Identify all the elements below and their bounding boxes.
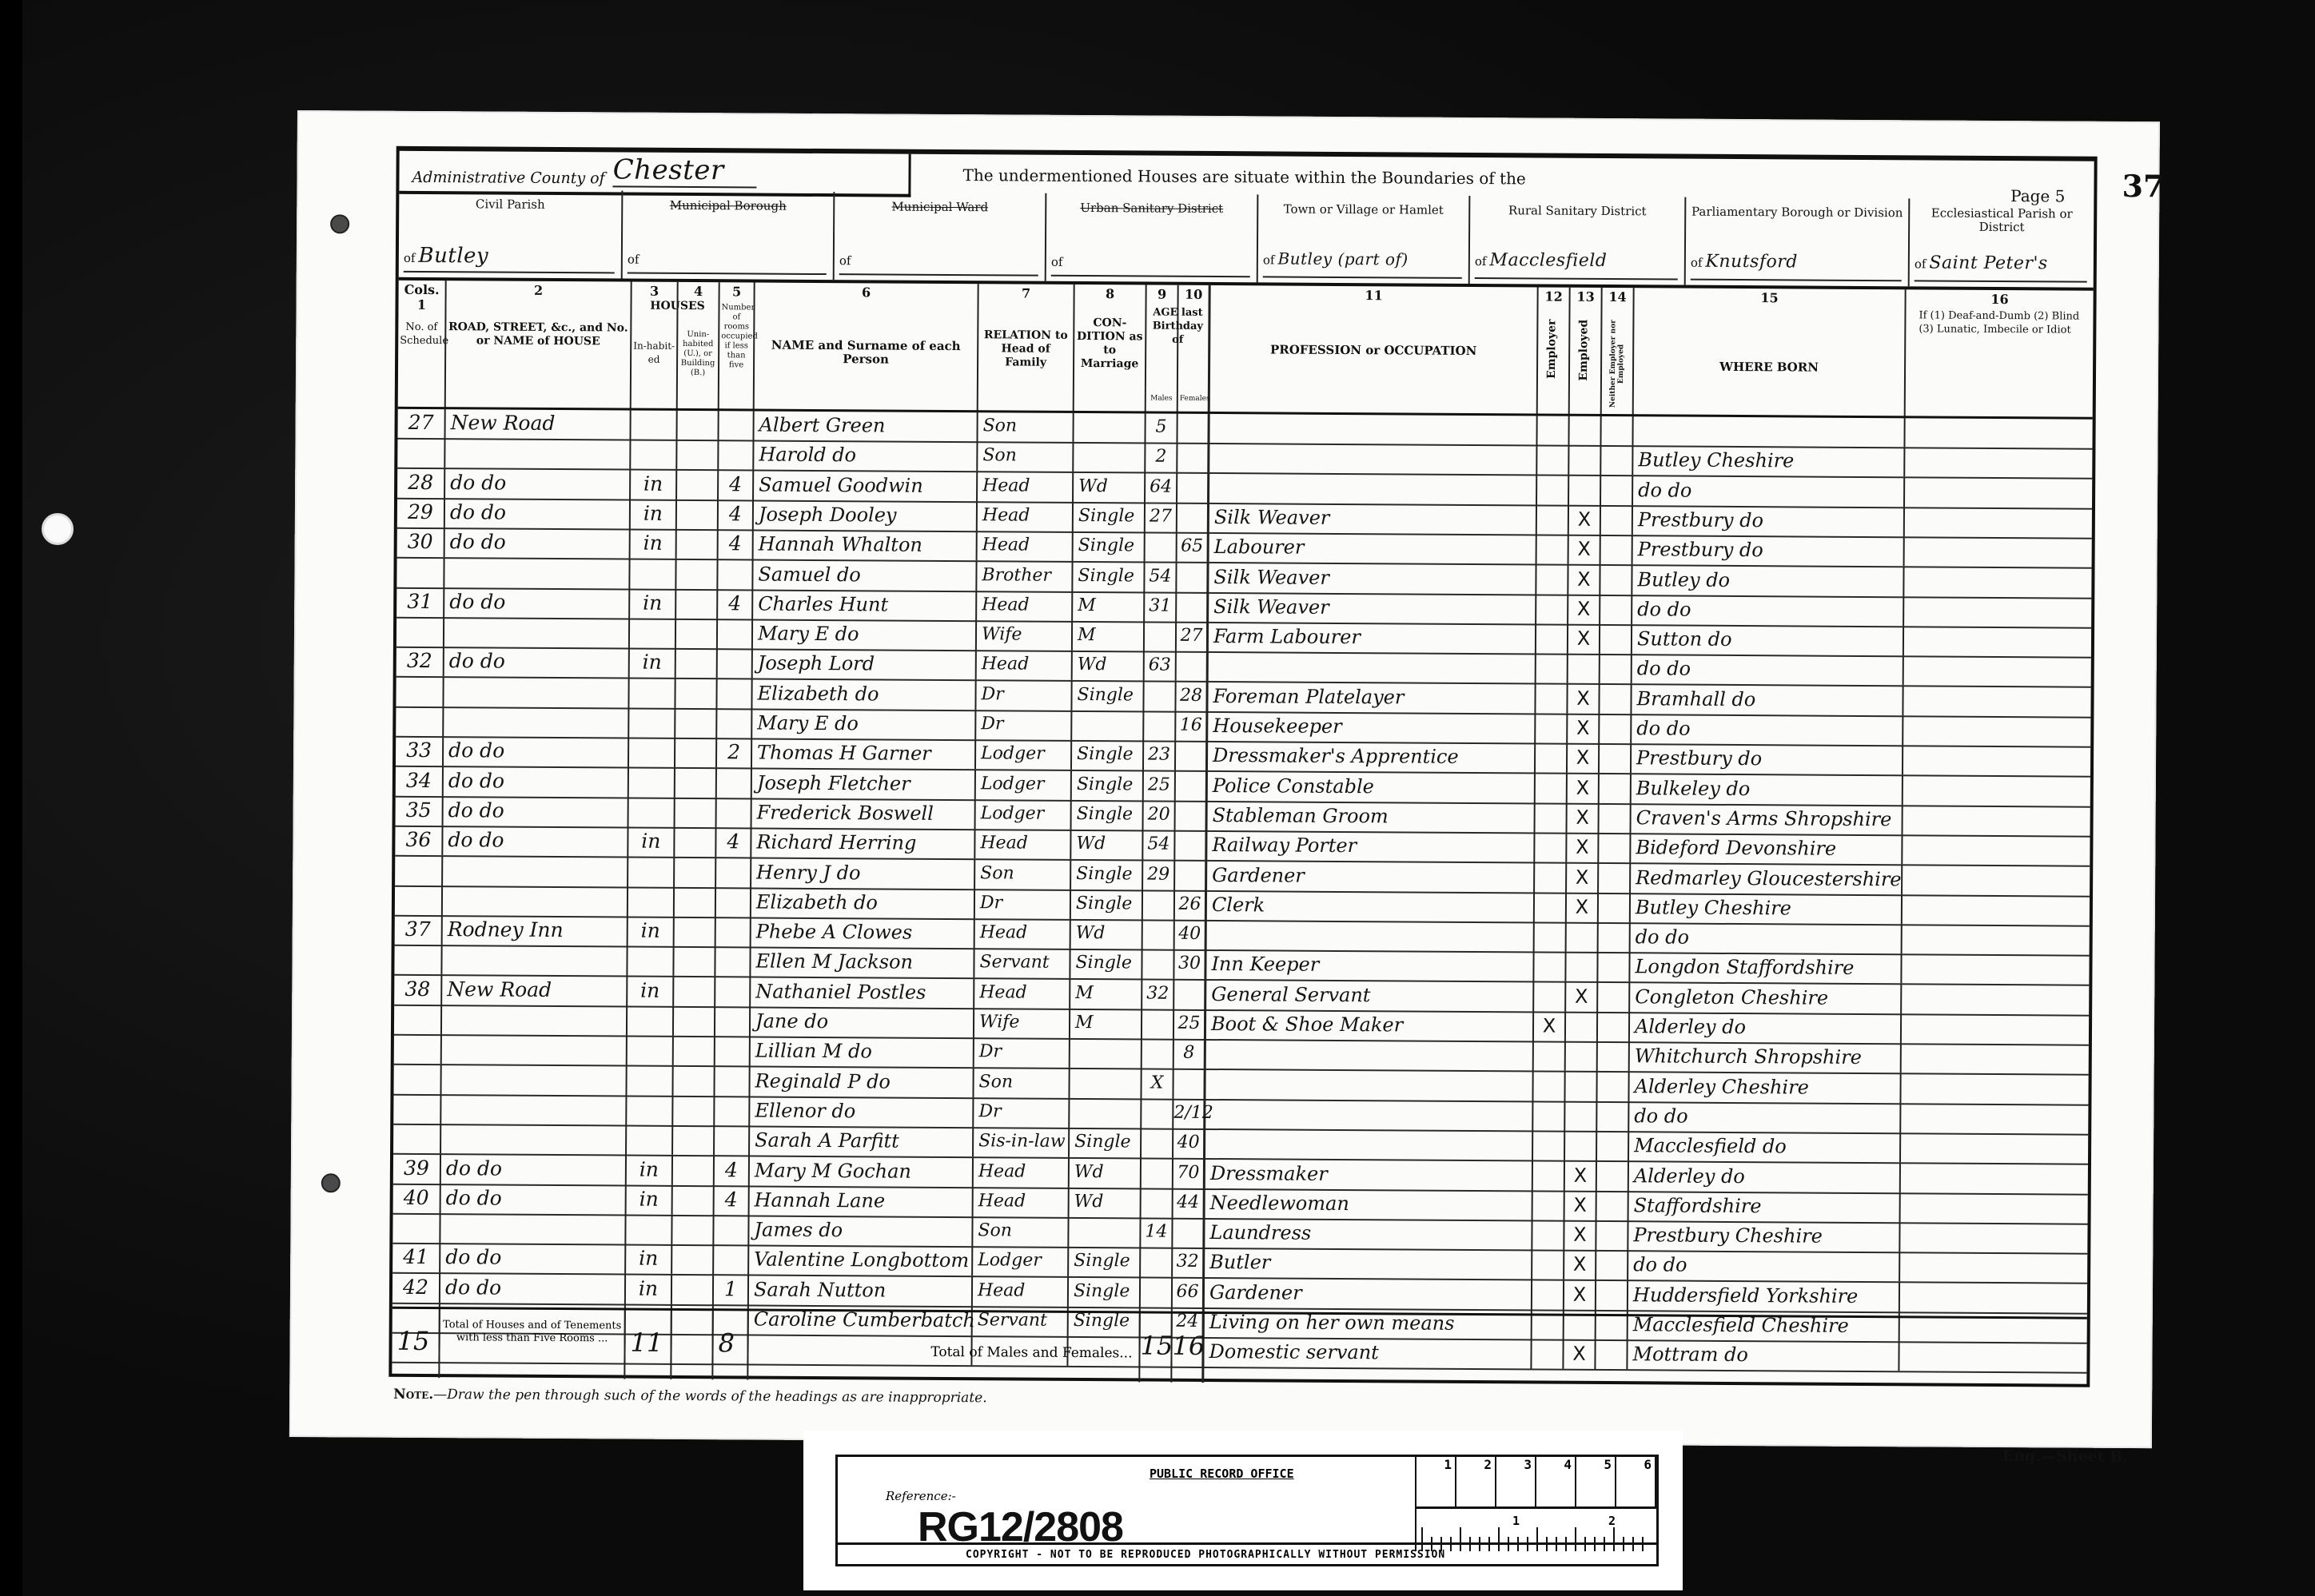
cell-employed: X (1568, 624, 1600, 654)
cell-name: Phebe A Clowes (751, 917, 975, 949)
cell-condition: Single (1072, 681, 1144, 711)
cell-sched: 41 (392, 1243, 440, 1272)
cell-employed: X (1568, 564, 1600, 594)
cell-rooms (714, 1245, 749, 1275)
cell-infirmity (1901, 1192, 2088, 1223)
scale-ruler: 123456 1 2 (1415, 1457, 1656, 1551)
cell-rooms (715, 1037, 751, 1066)
cell-address (444, 677, 629, 707)
cell-address: do do (441, 1154, 627, 1184)
cell-sched (396, 676, 444, 706)
cell-condition (1072, 710, 1144, 741)
cell-condition: Single (1072, 740, 1144, 770)
cell-inhab (631, 410, 677, 440)
cell-infirmity (1903, 805, 2090, 835)
cell-sched: 39 (393, 1153, 441, 1183)
cell-sched (396, 557, 444, 587)
cell-male-age (1143, 920, 1175, 949)
cell-inhab (628, 886, 675, 916)
cell-employed: X (1569, 505, 1601, 535)
cell-neither (1600, 564, 1632, 594)
cell-infirmity (1900, 1222, 2087, 1252)
cell-name: Frederick Boswell (752, 798, 976, 829)
cell-rooms: 4 (719, 470, 754, 499)
cell-employed (1568, 654, 1600, 683)
cell-address: Rodney Inn (443, 915, 628, 945)
cell-inhab: in (628, 976, 674, 1005)
cell-employed (1565, 1131, 1597, 1160)
cell-neither (1600, 595, 1632, 624)
cell-male-age: 14 (1141, 1218, 1173, 1248)
cell-infirmity (1901, 1163, 2088, 1193)
cell-condition: Wd (1071, 830, 1143, 860)
total-tenements: 8 (713, 1311, 749, 1379)
cell-address: do do (444, 796, 629, 826)
cell-male-age (1143, 890, 1175, 919)
cell-neither (1599, 862, 1631, 892)
col-employer: 12 Employer (1538, 287, 1571, 415)
cell-inhab: in (630, 648, 676, 678)
cell-sched (392, 1213, 440, 1243)
cell-employed: X (1564, 1280, 1596, 1309)
cell-name: Mary M Gochan (750, 1156, 974, 1187)
cell-female-age (1176, 801, 1208, 830)
punch-hole-bottom (321, 1173, 341, 1192)
cell-female-age: 65 (1177, 532, 1209, 562)
cell-condition: Wd (1074, 472, 1146, 503)
cell-employer (1535, 892, 1567, 921)
cell-name: Reginald P do (750, 1066, 974, 1097)
cell-occupation: Railway Porter (1207, 830, 1535, 862)
cell-address: do do (444, 766, 629, 797)
col-neither: 14 Neither Employer nor Employed (1602, 288, 1635, 416)
cell-female-age: 16 (1176, 711, 1208, 741)
cell-address (445, 438, 631, 468)
cell-female-age (1173, 1069, 1205, 1098)
cell-address: New Road (442, 975, 628, 1005)
division-urban-sanitary: Urban Sanitary District of (1046, 193, 1259, 283)
cell-sched (393, 1094, 441, 1124)
cell-neither (1600, 654, 1632, 683)
cell-uninhab (677, 529, 719, 559)
cell-male-age: 54 (1145, 562, 1177, 591)
cell-condition: Single (1071, 890, 1143, 920)
cell-address (444, 706, 629, 737)
cell-name: Joseph Fletcher (752, 768, 976, 799)
cell-employed (1569, 416, 1601, 445)
cell-sched (396, 617, 444, 647)
ruler-tick (1565, 1537, 1567, 1551)
header-title: The undermentioned Houses are situate wi… (962, 165, 1525, 188)
cell-relation: Sis-in-law (974, 1127, 1070, 1157)
cell-male-age: 31 (1145, 591, 1177, 621)
cell-address: New Road (445, 408, 631, 439)
cell-uninhab (674, 1006, 715, 1036)
cell-rooms (717, 708, 752, 738)
cell-employed: X (1568, 803, 1600, 833)
cell-employer (1533, 1100, 1565, 1130)
cell-inhab: in (626, 1274, 672, 1303)
cell-uninhab (675, 887, 716, 917)
cell-relation: Head (974, 1157, 1070, 1188)
cell-occupation: Silk Weaver (1209, 592, 1536, 624)
cell-relation: Wife (977, 620, 1073, 651)
cell-sched (394, 945, 442, 974)
cell-female-age: 30 (1174, 949, 1206, 979)
col-age-females: 10 Females (1178, 285, 1211, 413)
cell-neither (1596, 1280, 1628, 1310)
cell-inhab (630, 619, 676, 648)
cell-name: Lillian M do (751, 1037, 974, 1068)
cell-address (442, 1034, 628, 1065)
cell-born: do do (1629, 1101, 1901, 1132)
cell-male-age (1142, 1158, 1173, 1188)
division-parliamentary: Parliamentary Borough or Division ofKnut… (1686, 197, 1911, 287)
cell-neither (1598, 1041, 1630, 1071)
cell-female-age: 44 (1173, 1188, 1205, 1218)
cell-name: Mary E do (752, 708, 976, 739)
cell-employer (1532, 1280, 1564, 1309)
cell-condition (1070, 1038, 1142, 1069)
cell-female-age (1174, 979, 1206, 1009)
cell-female-age (1177, 592, 1209, 622)
cell-rooms (715, 977, 751, 1006)
ruler-tick (1431, 1537, 1432, 1551)
cell-name: Samuel Goodwin (754, 470, 978, 501)
cell-relation: Servant (974, 949, 1070, 979)
cell-rooms (718, 649, 753, 679)
cell-sched: 35 (396, 796, 444, 826)
cell-neither (1598, 952, 1630, 981)
cell-condition: Single (1069, 1277, 1141, 1307)
cell-uninhab (675, 917, 716, 946)
cell-sched: 31 (396, 587, 444, 617)
ruler-tick (1584, 1537, 1586, 1551)
cell-uninhab (673, 1185, 715, 1215)
ruler-tick (1546, 1537, 1548, 1551)
reference-caption: Reference:- (886, 1489, 956, 1503)
cell-male-age: 23 (1144, 741, 1176, 770)
cell-inhab (628, 1036, 674, 1065)
cell-employed: X (1568, 714, 1600, 743)
division-municipal-ward: Municipal Ward of (835, 192, 1047, 281)
folio-number: 37 (2122, 168, 2164, 204)
cell-neither (1597, 1131, 1629, 1160)
total-uninhabited (671, 1311, 714, 1379)
cell-address: do do (444, 647, 630, 678)
cell-condition: Single (1071, 859, 1143, 890)
cell-condition: Single (1070, 1128, 1142, 1158)
cell-name: Richard Herring (751, 828, 975, 859)
cell-employed: X (1568, 773, 1600, 802)
cell-uninhab (676, 589, 718, 619)
cell-male-age (1142, 1098, 1173, 1128)
cell-uninhab (674, 977, 715, 1006)
cell-inhab (629, 797, 675, 826)
cell-relation: Dr (974, 1037, 1070, 1068)
cell-inhab (629, 708, 675, 738)
cell-address (440, 1213, 626, 1244)
cell-relation: Head (977, 591, 1073, 621)
cell-neither (1601, 445, 1633, 475)
cell-born: Butley do (1632, 565, 1904, 596)
total-inhabited: 11 (625, 1311, 672, 1379)
cell-rooms: 4 (719, 499, 754, 529)
cell-employed: X (1565, 1160, 1597, 1190)
cell-address: do do (444, 587, 630, 618)
cell-name: Joseph Lord (753, 649, 977, 680)
cell-sched: 33 (396, 736, 444, 766)
cell-female-age: 40 (1175, 920, 1207, 949)
cell-employed: X (1569, 535, 1601, 564)
cell-female-age: 27 (1177, 622, 1209, 651)
cell-born: do do (1631, 922, 1903, 953)
cell-relation: Lodger (976, 739, 1072, 770)
cell-rooms: 4 (718, 589, 753, 619)
cell-occupation: Laundress (1205, 1218, 1532, 1250)
reinforcement-hole (42, 513, 74, 545)
cell-born: do do (1633, 476, 1905, 507)
copyright-notice: COPYRIGHT - NOT TO BE REPRODUCED PHOTOGR… (966, 1549, 1445, 1561)
cell-name: Sarah Nutton (749, 1275, 973, 1306)
cell-female-age (1175, 830, 1207, 860)
cell-inhab: in (630, 588, 676, 618)
county-value: Chester (613, 153, 757, 188)
ruler-tick (1469, 1537, 1471, 1551)
cell-neither (1601, 535, 1633, 564)
ruler-tick (1498, 1527, 1500, 1551)
cell-rooms (716, 858, 751, 887)
cell-sched (397, 438, 445, 468)
cell-relation: Lodger (976, 770, 1072, 800)
cell-inhab (630, 559, 676, 588)
cell-infirmity (1901, 1073, 2088, 1104)
cell-infirmity (1901, 1103, 2088, 1133)
cell-neither (1596, 1250, 1628, 1280)
cell-relation: Lodger (976, 799, 1072, 830)
col-condition: 8 CON-DITION as to Marriage (1074, 285, 1147, 413)
ruler-tick (1642, 1537, 1644, 1551)
cell-address (443, 886, 628, 916)
cell-female-age (1177, 443, 1209, 472)
cell-occupation (1209, 443, 1537, 475)
cell-employer (1537, 445, 1569, 475)
cell-rooms (715, 1006, 751, 1036)
cell-inhab: in (627, 1184, 673, 1214)
cell-condition: Single (1070, 949, 1142, 979)
cell-occupation: Labourer (1209, 532, 1537, 564)
cell-sched (394, 1034, 442, 1064)
cell-name: Thomas H Garner (752, 738, 976, 770)
cell-occupation: General Servant (1206, 980, 1534, 1012)
cell-uninhab (675, 798, 717, 827)
cell-born: Congleton Cheshire (1630, 982, 1902, 1013)
cell-condition: Single (1074, 502, 1146, 532)
cell-relation: Brother (977, 561, 1073, 591)
col-address: 2 ROAD, STREET, &c., and No. or NAME of … (446, 281, 632, 409)
cell-name: Elizabeth do (751, 887, 975, 918)
cell-inhab: in (627, 1155, 673, 1184)
cell-infirmity (1902, 954, 2089, 985)
cell-inhab: in (628, 827, 675, 857)
cell-born: Bulkeley do (1632, 774, 1903, 805)
scan-edge (0, 0, 22, 1596)
cell-relation: Son (978, 442, 1074, 472)
cell-address: do do (445, 527, 631, 558)
ruler-tick (1488, 1537, 1490, 1551)
cell-born: Prestbury Cheshire (1628, 1220, 1900, 1252)
cell-uninhab (675, 738, 717, 767)
cell-inhab (631, 440, 677, 469)
cell-condition: Single (1072, 800, 1144, 830)
cell-uninhab (672, 1244, 714, 1274)
cell-relation: Wife (974, 1008, 1070, 1038)
cell-sched: 38 (394, 974, 442, 1004)
cell-neither (1598, 982, 1630, 1012)
cell-born: Prestbury do (1632, 744, 1903, 775)
cell-sched (396, 706, 444, 736)
col-occupation: 11 PROFESSION or OCCUPATION (1210, 285, 1539, 416)
cell-born: Bideford Devonshire (1631, 833, 1903, 864)
col-relation: 7 RELATION to Head of Family (978, 284, 1075, 412)
cell-name: Henry J do (751, 858, 975, 889)
cell-infirmity (1905, 477, 2092, 507)
cell-male-age (1144, 681, 1176, 710)
cell-infirmity (1903, 894, 2090, 925)
ruler-tick (1450, 1537, 1452, 1551)
cell-uninhab (675, 857, 716, 886)
cell-occupation: Housekeeper (1208, 711, 1536, 743)
cell-name: Ellenor do (750, 1096, 974, 1127)
cell-sched (393, 1064, 441, 1093)
cell-address: do do (443, 826, 628, 856)
cell-born: Longdon Staffordshire (1630, 953, 1902, 984)
cell-uninhab (673, 1155, 715, 1184)
cell-sched: 34 (396, 766, 444, 795)
ruler-tick (1517, 1537, 1519, 1551)
cell-sched: 40 (393, 1184, 441, 1213)
cell-born: do do (1632, 714, 1903, 745)
cell-condition (1070, 1098, 1142, 1128)
cell-employer (1532, 1250, 1564, 1280)
cell-employer (1537, 475, 1569, 504)
ruler-cm: 123456 (1416, 1457, 1656, 1509)
cell-infirmity (1903, 715, 2090, 746)
cell-sched (394, 1005, 442, 1034)
cell-male-age (1144, 710, 1176, 740)
cell-address (442, 1005, 628, 1035)
cell-uninhab (673, 1125, 715, 1155)
cell-occupation (1205, 1128, 1533, 1160)
cell-infirmity (1903, 834, 2090, 865)
cell-male-age (1142, 949, 1174, 979)
cell-rooms (718, 619, 753, 648)
cell-occupation (1209, 473, 1537, 505)
cell-inhab (629, 767, 675, 797)
cell-infirmity (1903, 775, 2090, 806)
cell-inhab (629, 738, 675, 767)
cell-uninhab (677, 440, 719, 469)
cell-employer (1534, 952, 1566, 981)
sheet-label: Eng.—Sheet B. (2002, 1447, 2128, 1466)
cell-employed (1569, 475, 1601, 504)
cell-employer (1534, 1041, 1566, 1071)
cell-employer (1532, 1220, 1564, 1250)
cell-relation: Dr (976, 710, 1072, 740)
cell-neither (1601, 416, 1633, 445)
cell-address (442, 945, 628, 976)
cell-condition: Single (1072, 770, 1144, 801)
cell-employed (1565, 1101, 1597, 1131)
cell-neither (1599, 893, 1631, 922)
cell-neither (1601, 505, 1633, 535)
cell-male-age: 2 (1146, 443, 1177, 472)
cell-inhab (629, 678, 675, 707)
total-houses-label: Total of Houses and of Tenements with le… (440, 1309, 626, 1379)
cell-male-age: 27 (1146, 502, 1177, 531)
cell-female-age: 40 (1173, 1128, 1205, 1158)
cell-relation: Head (978, 531, 1074, 561)
cell-employer (1533, 1160, 1565, 1190)
cell-inhab (627, 1095, 673, 1124)
cell-employer (1536, 713, 1568, 742)
cell-born (1633, 416, 1905, 447)
cell-inhab: in (628, 917, 675, 946)
cell-employer (1536, 743, 1568, 773)
cell-infirmity (1902, 984, 2089, 1014)
cell-uninhab (674, 1036, 715, 1065)
cell-name: Albert Green (754, 410, 978, 441)
cell-sched (395, 886, 443, 915)
ruler-tick (1527, 1537, 1528, 1551)
cell-sched: 36 (395, 826, 443, 855)
cell-condition: M (1073, 591, 1145, 622)
cell-condition: Single (1074, 531, 1146, 562)
cell-relation: Head (975, 918, 1071, 949)
cell-condition: Wd (1073, 651, 1145, 681)
cell-employer (1536, 594, 1568, 623)
cell-infirmity (1904, 596, 2091, 627)
cell-sched: 29 (397, 498, 445, 527)
cell-male-age: 64 (1146, 472, 1177, 502)
ruler-tick (1613, 1527, 1615, 1551)
cell-condition: Wd (1071, 919, 1143, 949)
cell-born: Macclesfield do (1629, 1131, 1901, 1162)
cell-address (444, 558, 630, 588)
cell-condition: M (1070, 1009, 1142, 1039)
cell-born: Staffordshire (1629, 1191, 1901, 1222)
cell-neither (1598, 1012, 1630, 1041)
cell-female-age (1176, 770, 1208, 800)
cell-relation: Lodger (973, 1247, 1069, 1277)
ruler-tick (1460, 1527, 1461, 1551)
cell-address: do do (440, 1244, 626, 1274)
cell-address (441, 1065, 627, 1095)
cell-rooms (715, 1125, 750, 1155)
cell-employed: X (1565, 1191, 1597, 1220)
total-males: 15 (1140, 1313, 1173, 1382)
col-age-males: 9 AGE last Birthday of Males (1146, 285, 1179, 412)
cell-infirmity (1900, 1252, 2087, 1283)
archive-reference-label: Reference:- PUBLIC RECORD OFFICE RG12/28… (803, 1431, 1683, 1590)
cell-inhab (627, 1125, 673, 1155)
division-town-village: Town or Village or Hamlet ofButley (part… (1258, 194, 1471, 284)
cell-occupation: Dressmaker's Apprentice (1208, 741, 1536, 773)
cell-born: Alderley do (1630, 1012, 1902, 1043)
cell-relation: Son (973, 1216, 1069, 1247)
cell-female-age: 70 (1173, 1158, 1205, 1188)
cell-uninhab (676, 559, 718, 588)
